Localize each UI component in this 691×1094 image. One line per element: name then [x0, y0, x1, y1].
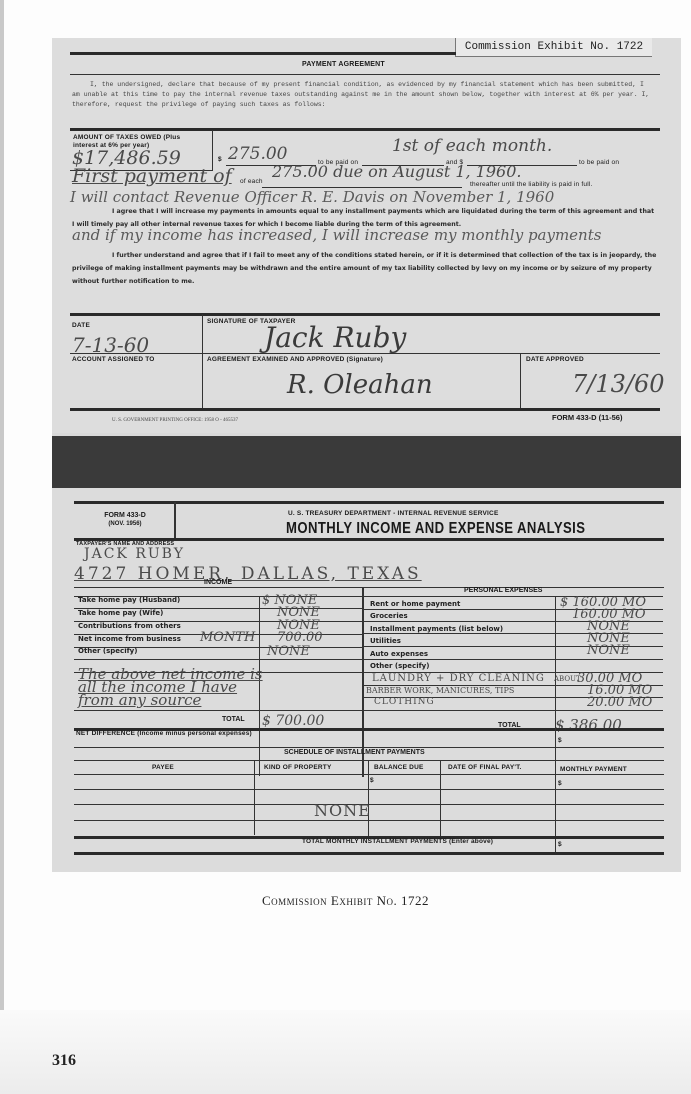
monthly-prefix: $ [558, 780, 562, 787]
payment-agreement-title: PAYMENT AGREEMENT [302, 61, 385, 68]
form-date: (NOV. 1956) [80, 520, 170, 529]
income-header: INCOME [204, 579, 232, 586]
schedule-col-header: BALANCE DUE [374, 764, 424, 771]
schedule-col-header: MONTHLY PAYMENT [560, 766, 627, 773]
dark-separator-band [52, 436, 681, 488]
divider [363, 659, 663, 660]
divider [74, 789, 664, 790]
schedule-title: SCHEDULE OF INSTALLMENT PAYMENTS [284, 749, 425, 756]
paid-on-value: 1st of each month. [392, 136, 552, 156]
divider [202, 314, 203, 409]
divider [74, 501, 664, 504]
income-expense-form: FORM 433-D (NOV. 1956) U. S. TREASURY DE… [52, 488, 681, 872]
examined-label: AGREEMENT EXAMINED AND APPROVED (Signatu… [207, 356, 383, 363]
agreement-intro: I, the undersigned, declare that because… [72, 80, 652, 110]
payment-amount: 275.00 [228, 144, 287, 164]
thereafter-label: thereafter until the liability is paid i… [470, 181, 593, 188]
divider [74, 587, 664, 588]
examiner-signature: R. Oleahan [287, 370, 433, 400]
first-payment-note: First payment of [72, 165, 232, 187]
expense-row-label: Rent or home payment [370, 600, 460, 608]
income-row-label: Other (specify) [78, 647, 137, 655]
income-row-label: Net income from business [78, 635, 181, 643]
divider [70, 408, 660, 411]
other-expense-label: LAUNDRY + DRY CLEANING [372, 673, 545, 684]
date-approved-value: 7/13/60 [572, 370, 665, 398]
net-difference-label: NET DIFFERENCE (Income minus personal ex… [76, 730, 252, 737]
divider [74, 774, 664, 775]
date-value: 7-13-60 [72, 333, 149, 357]
form-id: FORM 433-D [80, 511, 170, 520]
income-row-value: NONE [267, 644, 310, 659]
income-total-value: $ 700.00 [262, 713, 324, 729]
divider [70, 74, 660, 75]
form-title: MONTHLY INCOME AND EXPENSE ANALYSIS [286, 520, 585, 538]
divider [440, 760, 441, 838]
income-row-value: 700.00 [277, 630, 323, 645]
expenses-header: PERSONAL EXPENSES [464, 587, 542, 594]
income-row-note: MONTH [200, 630, 255, 645]
income-handwritten-note: The above net income is all the income I… [78, 668, 263, 707]
divider [74, 710, 362, 711]
income-total-label: TOTAL [222, 716, 245, 723]
schedule-total-value: $ [558, 841, 562, 848]
schedule-col-header: KIND OF PROPERTY [264, 764, 331, 771]
divider [70, 52, 456, 55]
schedule-col-header: DATE OF FINAL PAY'T. [448, 764, 522, 771]
divider [254, 760, 255, 835]
divider [555, 596, 556, 776]
expense-row-label: Utilities [370, 637, 401, 645]
divider [74, 747, 664, 748]
printing-office: U. S. GOVERNMENT PRINTING OFFICE: 1958 O… [112, 418, 238, 423]
default-clause: I further understand and agree that if I… [72, 249, 657, 288]
first-payment-detail: 275.00 due on August 1, 1960. [272, 162, 521, 181]
divider [368, 760, 369, 838]
other-expense-label: CLOTHING [374, 697, 435, 707]
agency-label: U. S. TREASURY DEPARTMENT - INTERNAL REV… [288, 510, 498, 517]
divider [74, 852, 664, 855]
divider [174, 502, 176, 538]
schedule-total-label: TOTAL MONTHLY INSTALLMENT PAYMENTS (Ente… [302, 838, 493, 845]
expense-row-label: Other (specify) [370, 662, 429, 670]
schedule-col-header: PAYEE [152, 764, 174, 771]
exhibit-stamp: Commission Exhibit No. 1722 [455, 38, 652, 57]
handwritten-contact-note: I will contact Revenue Officer R. E. Dav… [70, 188, 554, 206]
balance-prefix: $ [370, 777, 374, 784]
income-row-label: Take home pay (Husband) [78, 596, 180, 604]
divider [74, 820, 664, 821]
payment-agreement-form: Commission Exhibit No. 1722 PAYMENT AGRE… [52, 38, 681, 433]
income-row-label: Take home pay (Wife) [78, 609, 163, 617]
divider [70, 313, 660, 316]
divider [555, 728, 556, 746]
net-difference-value: $ [558, 737, 562, 744]
taxpayer-signature: Jack Ruby [264, 321, 406, 354]
form-id: FORM 433-D (11-56) [552, 413, 622, 422]
to-be-paid-label-2: to be paid on [579, 159, 619, 166]
other-expense-label: BARBER WORK, MANICURES, TIPS [366, 686, 514, 695]
expense-row-value: NONE [587, 643, 630, 658]
scanned-exhibit: Commission Exhibit No. 1722 PAYMENT AGRE… [52, 38, 681, 872]
bottom-shadow-band [0, 1010, 691, 1094]
of-each-label: of each [240, 178, 263, 185]
form-id-block: FORM 433-D (NOV. 1956) [80, 511, 170, 529]
date-approved-label: DATE APPROVED [526, 356, 584, 363]
divider [363, 710, 663, 711]
divider [74, 760, 664, 761]
expense-row-label: Groceries [370, 612, 408, 620]
handwritten-increase-note: and if my income has increased, I will i… [72, 226, 601, 244]
taxpayer-address: 4727 HOMER, DALLAS, TEXAS [74, 564, 422, 584]
expense-row-label: Installment payments (list below) [370, 625, 503, 633]
expenses-total-value: $ 386.00 [555, 716, 622, 734]
schedule-none: NONE [314, 801, 371, 820]
expense-row-label: Auto expenses [370, 650, 428, 658]
taxpayer-name: JACK RUBY [84, 546, 185, 562]
divider [74, 659, 362, 660]
page-number: 316 [52, 1052, 76, 1070]
account-label: ACCOUNT ASSIGNED TO [72, 356, 155, 363]
page-edge [0, 0, 4, 1094]
divider [520, 353, 521, 409]
income-row-label: Contributions from others [78, 622, 181, 630]
exhibit-caption: Commission Exhibit No. 1722 [0, 893, 691, 909]
date-label: DATE [72, 322, 90, 329]
other-expense-value: 20.00 MO [587, 695, 652, 710]
